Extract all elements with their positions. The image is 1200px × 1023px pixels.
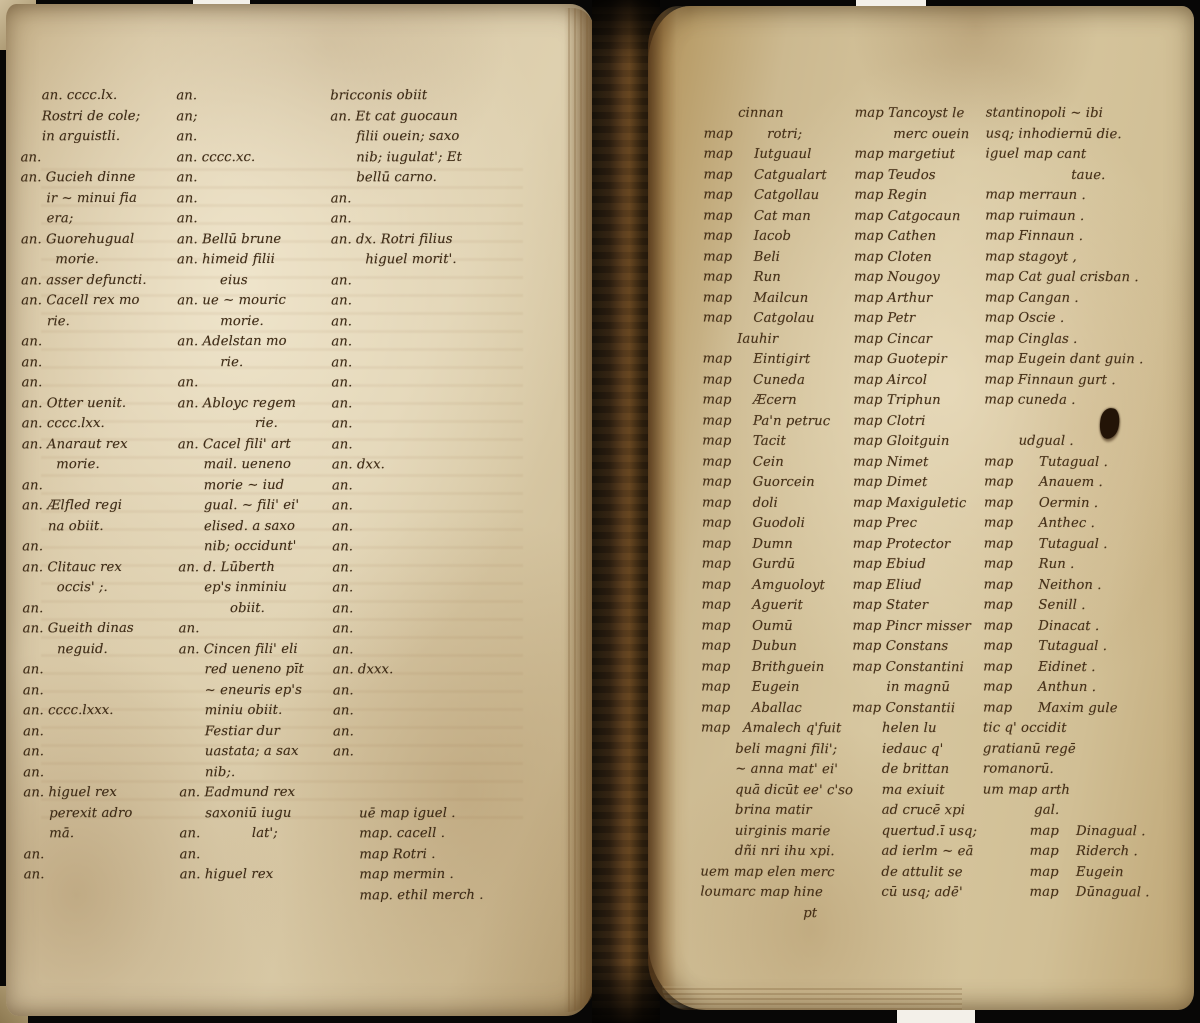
left-manuscript-page: an. cccc.lx. Rostri de cole; in arguistl… — [6, 4, 594, 1016]
page-edge-bottom — [662, 986, 962, 1010]
left-annals-column-3: bricconis obiit an. Et cat guocaun filii… — [330, 86, 548, 907]
right-manuscript-page: cinnan map rotri; map Iutguaul map Catgu… — [648, 6, 1194, 1010]
page-edge-stack — [564, 8, 594, 1012]
left-annals-column-1: an. cccc.lx. Rostri de cole; in arguistl… — [20, 86, 191, 886]
right-genealogy-column-3: stantinopoli ~ ibi usq; inhodiernū die. … — [982, 104, 1199, 904]
photograph-background: an. cccc.lx. Rostri de cole; in arguistl… — [0, 0, 1200, 1023]
gutter-shadow — [648, 6, 690, 1010]
left-annals-column-2: an. an; an. an. cccc.xc. an. an. an. an.… — [176, 86, 337, 886]
